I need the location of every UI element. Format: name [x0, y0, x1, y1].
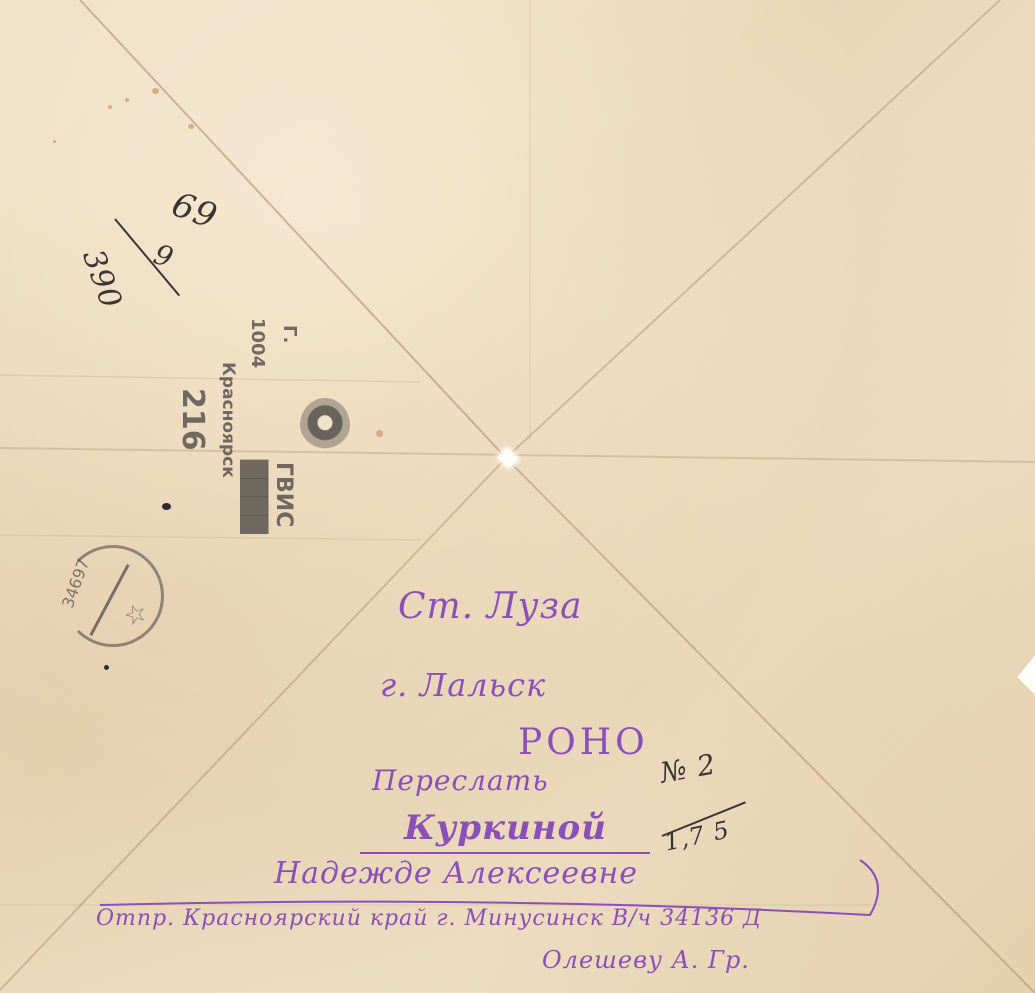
sender-line: Отпр. Красноярский край г. Минусинск В/ч… [96, 906, 762, 931]
address-flourish [0, 0, 1035, 993]
triangle-letter: 69 6 390 Г. 1004 Красноярск 216 ГВИС ███… [0, 0, 1035, 993]
sender-name: Олешеву А. Гр. [542, 946, 750, 974]
